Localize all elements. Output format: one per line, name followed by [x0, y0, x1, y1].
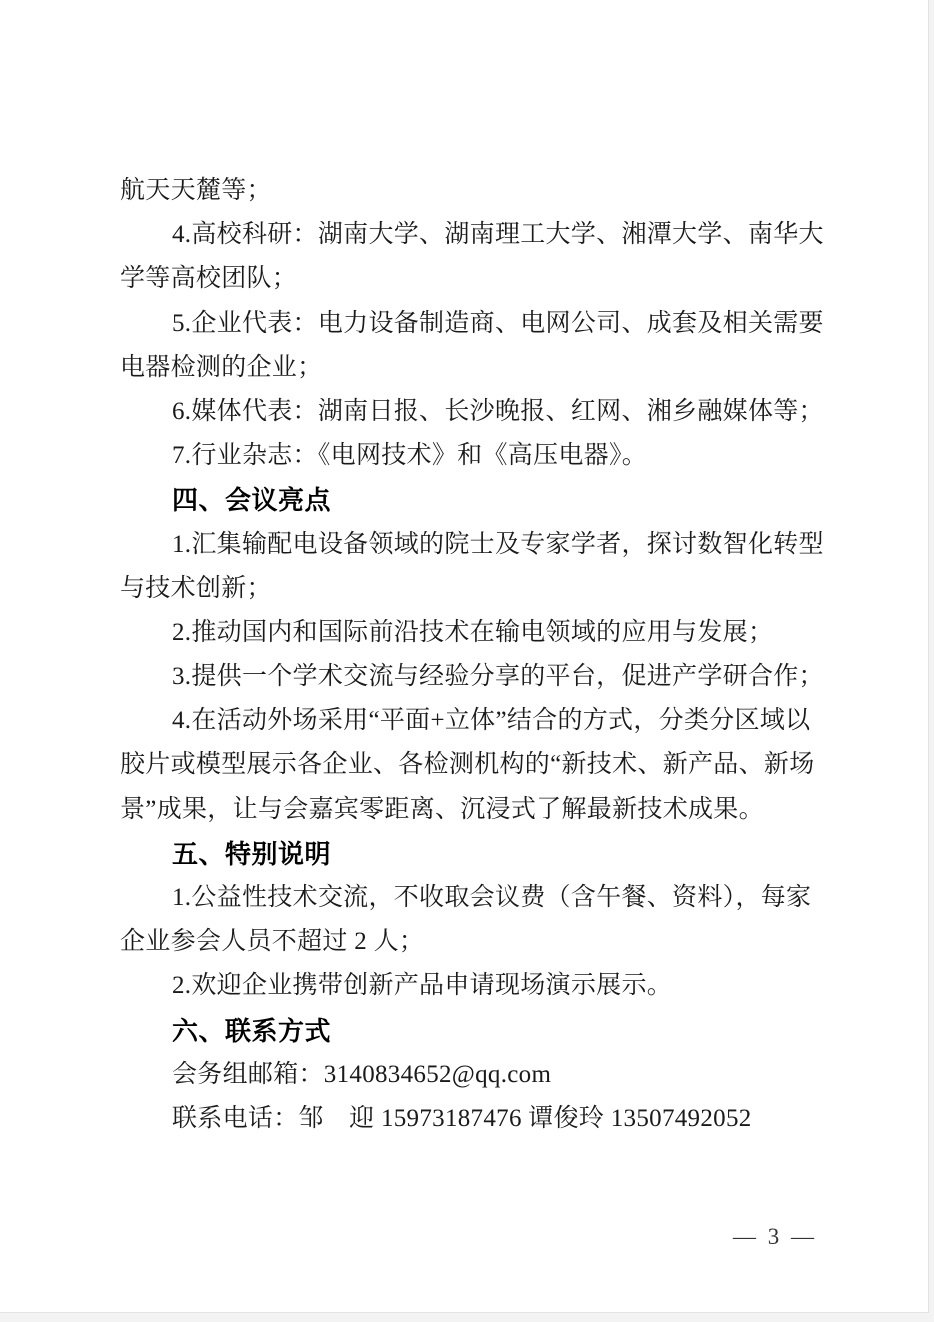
viewer-background: 航天天麓等；4.高校科研：湖南大学、湖南理工大学、湘潭大学、南华大学等高校团队；… — [0, 0, 934, 1322]
text-line: 7.行业杂志：《电网技术》和《高压电器》。 — [120, 434, 816, 478]
page-number: — 3 — — [733, 1222, 814, 1252]
document-body: 航天天麓等；4.高校科研：湖南大学、湖南理工大学、湘潭大学、南华大学等高校团队；… — [120, 169, 816, 1141]
text-line: 4.高校科研：湖南大学、湖南理工大学、湘潭大学、南华大 — [120, 213, 816, 257]
section-heading: 四、会议亮点 — [120, 478, 816, 522]
document-page: 航天天麓等；4.高校科研：湖南大学、湖南理工大学、湘潭大学、南华大学等高校团队；… — [0, 0, 929, 1313]
text-line: 航天天麓等； — [120, 169, 816, 213]
text-line: 企业参会人员不超过 2 人； — [120, 920, 816, 964]
section-heading: 五、特别说明 — [120, 832, 816, 876]
text-line: 与技术创新； — [120, 567, 816, 611]
section-heading: 六、联系方式 — [120, 1009, 816, 1053]
text-line: 学等高校团队； — [120, 257, 816, 301]
text-line: 2.欢迎企业携带创新产品申请现场演示展示。 — [120, 964, 816, 1008]
text-line: 电器检测的企业； — [120, 346, 816, 390]
text-line: 景”成果，让与会嘉宾零距离、沉浸式了解最新技术成果。 — [120, 788, 816, 832]
text-line: 会务组邮箱：3140834652@qq.com — [120, 1053, 816, 1097]
page-number-label: — 3 — — [733, 1224, 814, 1249]
text-line: 4.在活动外场采用“平面+立体”结合的方式，分类分区域以 — [120, 699, 816, 743]
text-line: 1.汇集输配电设备领域的院士及专家学者，探讨数智化转型 — [120, 523, 816, 567]
text-line: 1.公益性技术交流，不收取会议费（含午餐、资料），每家 — [120, 876, 816, 920]
text-line: 3.提供一个学术交流与经验分享的平台，促进产学研合作； — [120, 655, 816, 699]
text-line: 6.媒体代表：湖南日报、长沙晚报、红网、湘乡融媒体等； — [120, 390, 816, 434]
text-line: 联系电话：邹 迎 15973187476 谭俊玲 13507492052 — [120, 1097, 816, 1141]
text-line: 2.推动国内和国际前沿技术在输电领域的应用与发展； — [120, 611, 816, 655]
text-line: 5.企业代表：电力设备制造商、电网公司、成套及相关需要 — [120, 302, 816, 346]
text-line: 胶片或模型展示各企业、各检测机构的“新技术、新产品、新场 — [120, 743, 816, 787]
